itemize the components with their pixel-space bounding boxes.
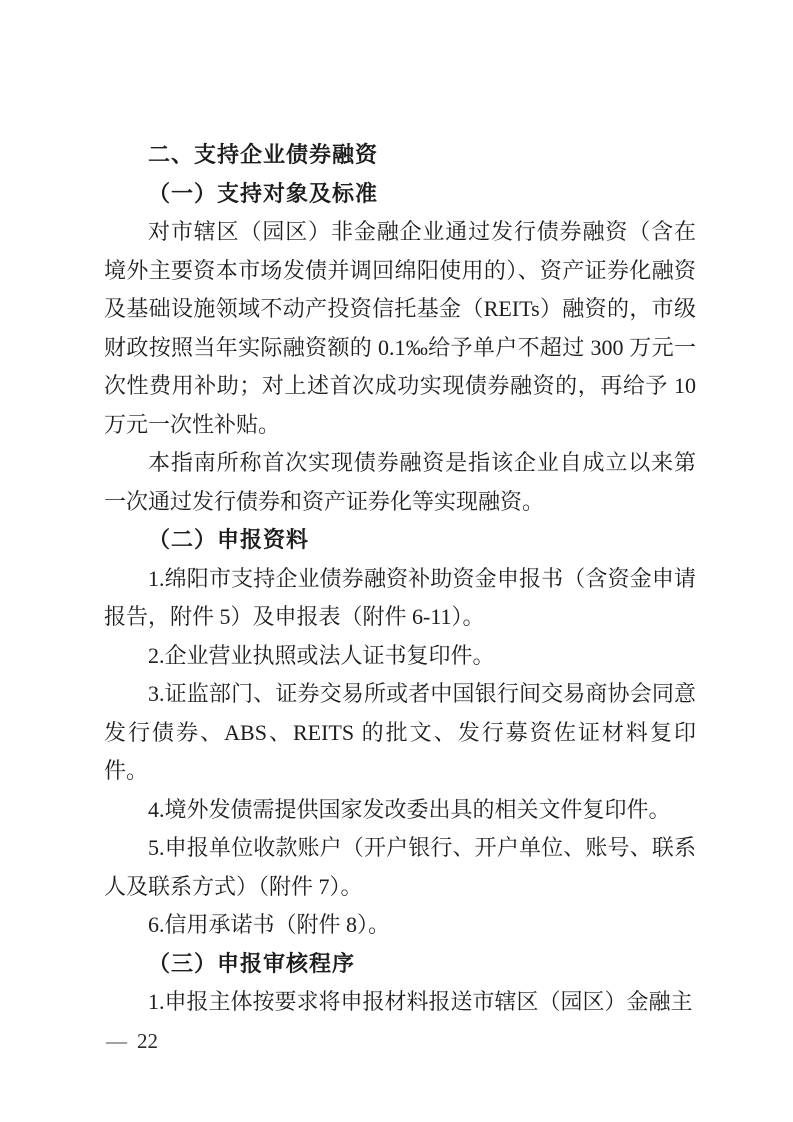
document-body: 二、支持企业债券融资 （一）支持对象及标准 对市辖区（园区）非金融企业通过发行债… bbox=[104, 136, 696, 1022]
document-page: 二、支持企业债券融资 （一）支持对象及标准 对市辖区（园区）非金融企业通过发行债… bbox=[0, 0, 793, 1122]
subsection-heading-application-materials: （二）申报资料 bbox=[104, 521, 696, 560]
list-item-paragraph: 6.信用承诺书（附件 8）。 bbox=[104, 906, 696, 945]
page-number-dash: — bbox=[106, 1029, 127, 1053]
page-number: 22 bbox=[137, 1029, 158, 1053]
list-item-paragraph: 1.绵阳市支持企业债券融资补助资金申报书（含资金申请报告，附件 5）及申报表（附… bbox=[104, 560, 696, 637]
subsection-heading-review-procedure: （三）申报审核程序 bbox=[104, 945, 696, 984]
list-item-paragraph: 3.证监部门、证券交易所或者中国银行间交易商协会同意发行债券、ABS、REITS… bbox=[104, 675, 696, 791]
subsection-heading-support-targets: （一）支持对象及标准 bbox=[104, 175, 696, 214]
list-item-paragraph: 4.境外发债需提供国家发改委出具的相关文件复印件。 bbox=[104, 791, 696, 830]
list-item-paragraph: 5.申报单位收款账户（开户银行、开户单位、账号、联系人及联系方式）（附件 7）。 bbox=[104, 829, 696, 906]
section-heading: 二、支持企业债券融资 bbox=[104, 136, 696, 175]
body-paragraph: 本指南所称首次实现债券融资是指该企业自成立以来第一次通过发行债券和资产证券化等实… bbox=[104, 444, 696, 521]
body-paragraph: 1.申报主体按要求将申报材料报送市辖区（园区）金融主 bbox=[104, 983, 696, 1022]
body-paragraph: 对市辖区（园区）非金融企业通过发行债券融资（含在境外主要资本市场发债并调回绵阳使… bbox=[104, 213, 696, 444]
list-item-paragraph: 2.企业营业执照或法人证书复印件。 bbox=[104, 637, 696, 676]
page-footer: —22 bbox=[106, 1028, 158, 1054]
